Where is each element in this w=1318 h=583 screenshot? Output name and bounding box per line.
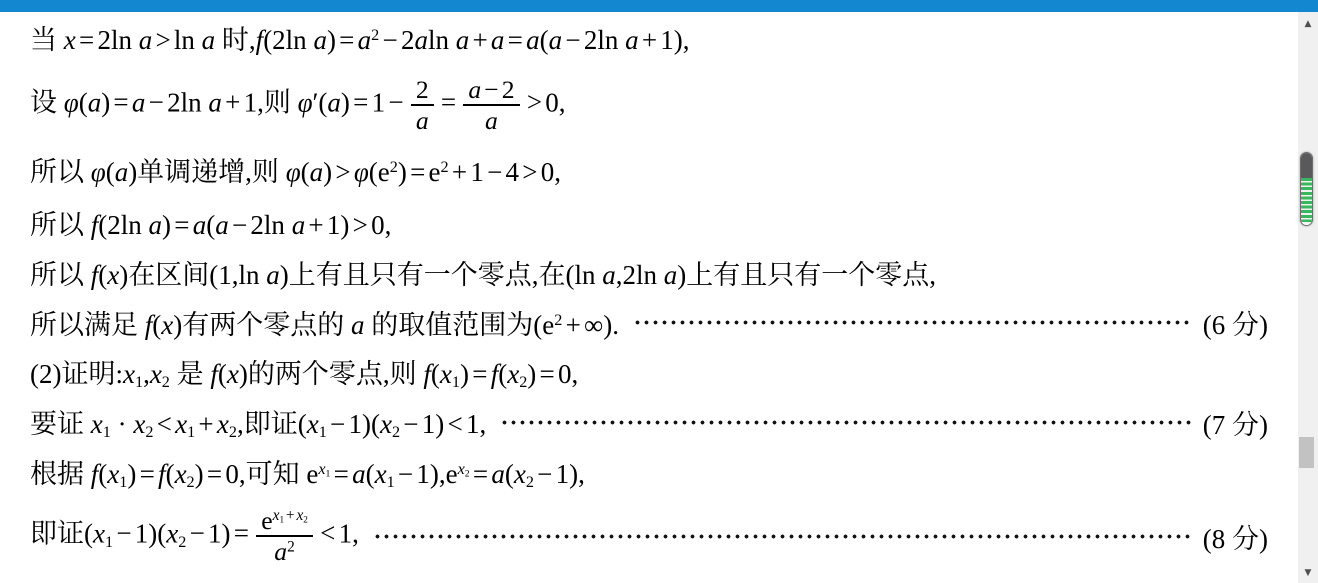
math-expression: 设 φ(a)=a−2ln a+1,则 φ′(a)=1−2a=a−2a>0,: [30, 75, 566, 136]
math-expression: 所以 f(x)在区间(1,ln a)上有且只有一个零点,在(ln a,2ln a…: [30, 253, 936, 292]
score-label: (8 分): [1203, 517, 1268, 556]
dotted-leader: [500, 409, 1193, 436]
math-line-6: 所以满足 f(x)有两个零点的 a 的取值范围为(e2+∞).(6 分): [30, 297, 1268, 347]
math-line-5: 所以 f(x)在区间(1,ln a)上有且只有一个零点,在(ln a,2ln a…: [30, 247, 1268, 297]
math-expression: 根据 f(x1)=f(x2)=0,可知 ex1=a(x1−1),ex2=a(x2…: [30, 452, 585, 492]
scroll-down-button[interactable]: ▼: [1298, 565, 1318, 581]
math-line-7: (2)证明:x1,x2 是 f(x)的两个零点,则 f(x1)=f(x2)=0,: [30, 347, 1268, 397]
math-line-8: 要证 x1 · x2<x1+x2,即证(x1−1)(x2−1)<1,(7 分): [30, 397, 1268, 447]
math-line-3: 所以 φ(a)单调递增,则 φ(a)>φ(e2)=e2+1−4>0,: [30, 142, 1268, 197]
scroll-up-icon: ▲: [1305, 19, 1312, 29]
indicator-bottom-cap: [1301, 222, 1312, 225]
math-expression: 即证(x1−1)(x2−1)=ex1+x2a2<1,: [30, 506, 359, 567]
math-line-2: 设 φ(a)=a−2ln a+1,则 φ′(a)=1−2a=a−2a>0,: [30, 70, 1268, 140]
math-expression: 所以 φ(a)单调递增,则 φ(a)>φ(e2)=e2+1−4>0,: [30, 150, 561, 189]
indicator-empty-section: [1301, 153, 1312, 178]
math-expression: 所以 f(2ln a)=a(a−2ln a+1)>0,: [30, 203, 391, 242]
top-accent-bar: [0, 0, 1318, 12]
vertical-scrollbar[interactable]: ▲ ▼: [1298, 12, 1318, 583]
document-content: 当 x=2ln a>ln a 时,f(2ln a)=a2−2aln a+a=a(…: [0, 12, 1298, 575]
math-line-4: 所以 f(2ln a)=a(a−2ln a+1)>0,: [30, 197, 1268, 247]
score-label: (6 分): [1203, 303, 1268, 342]
math-expression: 所以满足 f(x)有两个零点的 a 的取值范围为(e2+∞).: [30, 303, 619, 342]
math-line-1: 当 x=2ln a>ln a 时,f(2ln a)=a2−2aln a+a=a(…: [30, 12, 1268, 62]
math-line-10: 即证(x1−1)(x2−1)=ex1+x2a2<1,(8 分): [30, 497, 1268, 575]
scroll-up-button[interactable]: ▲: [1298, 16, 1318, 32]
dotted-leader: [633, 309, 1193, 336]
scrollbar-thumb[interactable]: [1299, 437, 1314, 468]
math-expression: 要证 x1 · x2<x1+x2,即证(x1−1)(x2−1)<1,: [30, 402, 486, 442]
scroll-down-icon: ▼: [1305, 568, 1312, 578]
indicator-striped-section: [1301, 178, 1312, 222]
dotted-leader: [373, 523, 1193, 550]
math-line-9: 根据 f(x1)=f(x2)=0,可知 ex1=a(x1−1),ex2=a(x2…: [30, 447, 1268, 497]
score-label: (7 分): [1203, 403, 1268, 442]
scroll-progress-indicator: [1300, 152, 1313, 226]
math-expression: (2)证明:x1,x2 是 f(x)的两个零点,则 f(x1)=f(x2)=0,: [30, 352, 578, 392]
math-expression: 当 x=2ln a>ln a 时,f(2ln a)=a2−2aln a+a=a(…: [30, 18, 690, 57]
